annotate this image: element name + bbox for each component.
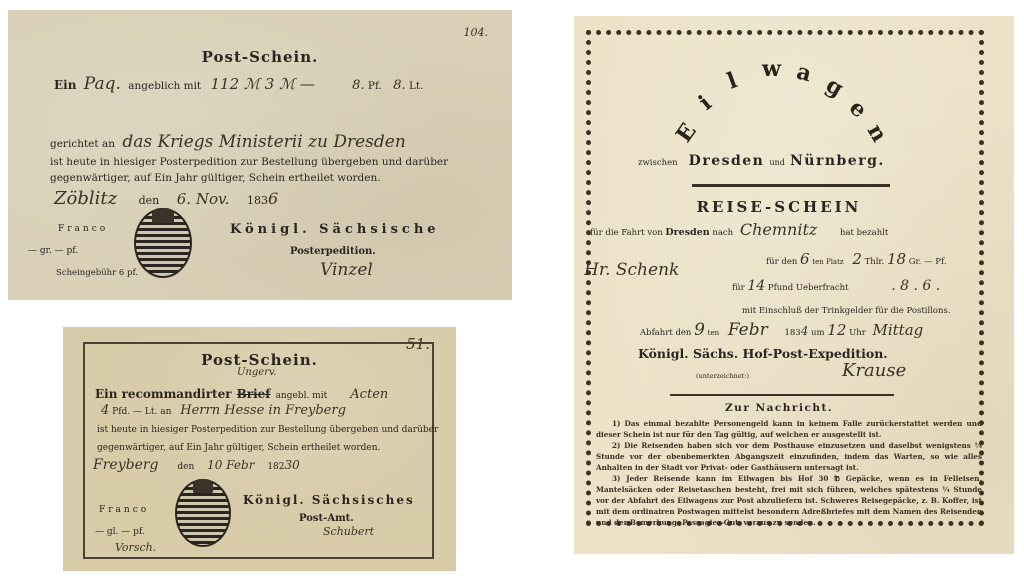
office-name: Königl. Sächsische	[230, 222, 440, 237]
recipient-line: gerichtet an das Kriegs Ministerii zu Dr…	[50, 132, 406, 152]
label-fahrt: für die Fahrt von	[590, 228, 663, 238]
trinkgeld-line: mit Einschluß der Trinkgelder für die Po…	[742, 306, 951, 316]
date-line: Freyberg den 10 Febr 18230	[93, 457, 300, 473]
reise-schein-heading: REISE-SCHEIN	[574, 198, 984, 216]
year-handwritten: 4	[801, 324, 809, 338]
body-line-1: ist heute in hiesiger Posterpedition zur…	[97, 425, 438, 435]
year-handwritten: 6	[268, 189, 278, 208]
body-line-1: ist heute in hiesiger Posterpedition zur…	[50, 156, 448, 168]
note-handwritten: Vorsch.	[115, 541, 156, 554]
label-den: den	[139, 194, 160, 207]
folio-number: 104.	[464, 26, 489, 39]
month-handwritten: Febr	[728, 320, 768, 340]
label-gerichtet: gerichtet an	[50, 138, 115, 150]
recipient-handwritten: das Kriegs Ministerii zu Dresden	[122, 132, 405, 152]
label-und: und	[769, 158, 784, 167]
fahrt-line: für die Fahrt von Dresden nach Chemnitz …	[590, 220, 888, 239]
coat-of-arms-seal	[134, 208, 192, 278]
document-title: Post-Schein.	[8, 48, 512, 66]
date-handwritten: 10 Febr	[207, 458, 254, 472]
recipient-handwritten: Herrn Hesse in Freyberg	[180, 403, 346, 418]
label-pf: Pf.	[368, 80, 382, 92]
gl-pf-label: — gl. — pf.	[95, 527, 145, 537]
label-recommandirter: Ein recommandirter	[95, 387, 232, 401]
label-um: um	[811, 328, 825, 338]
date-line: Zöblitz den 6. Nov. 1836	[54, 188, 278, 209]
label-fuer-den: für den	[766, 257, 797, 267]
label-den: den	[177, 462, 194, 472]
note-1: 1) Das einmal bezahlte Personengeld kann…	[596, 418, 982, 440]
route-line: zwischen Dresden und Nürnberg.	[638, 150, 885, 169]
seat-handwritten: 6	[800, 250, 810, 268]
label-uhr: Uhr	[849, 328, 866, 338]
thaler-handwritten: 2	[852, 250, 862, 268]
fee-label: Scheingebühr 6 pf.	[56, 268, 138, 278]
office-name: Königl. Sächsisches	[243, 493, 415, 507]
label-thlr: Thlr.	[865, 257, 885, 267]
item-line: Ein recommandirter Brief angebl. mit Act…	[95, 383, 388, 402]
year-printed: 183	[247, 194, 268, 207]
label-angebl: angebl. mit	[276, 391, 328, 401]
divider-rule	[670, 394, 894, 396]
office-subtitle: Post-Amt.	[299, 513, 354, 524]
signature: Krause	[842, 360, 906, 381]
abfahrt-line: Abfahrt den 9 ten Febr 1834 um 12 Uhr Mi…	[640, 320, 923, 340]
day-handwritten: 9	[694, 320, 705, 340]
label-lt: Lt.	[409, 80, 424, 92]
note-2: 2) Die Reisenden haben sich vor dem Post…	[596, 440, 982, 473]
franco-label: Franco	[58, 224, 108, 234]
gr-pf-label: — gr. — pf.	[28, 246, 78, 256]
label-ten: ten	[708, 329, 719, 337]
label-ein: Ein	[54, 78, 76, 92]
label-ueberfracht: Pfund Ueberfracht	[768, 283, 849, 293]
eilwagen-reise-schein: E i l w a g e n zwischen Dresden und Nür…	[574, 16, 1014, 554]
pfund-handwritten: 14	[747, 278, 765, 294]
office-name: Königl. Sächs. Hof-Post-Expedition.	[638, 346, 888, 361]
label-fuer: für	[732, 283, 745, 293]
pf-handwritten: 8.	[352, 78, 364, 93]
hour-handwritten: 12	[827, 321, 846, 339]
signature: Vinzel	[320, 260, 373, 280]
label-pfd: Pfd. —	[112, 407, 142, 417]
title-letter: w	[762, 56, 781, 82]
year-printed: 183	[784, 328, 800, 338]
value-handwritten: 112 ℳ 3 ℳ —	[211, 75, 315, 93]
note-3: 3) Jeder Reisende kann im Eilwagen bis H…	[596, 473, 982, 528]
post-schein-document-1: 104. Post-Schein. Ein Paq. angeblich mit…	[8, 10, 512, 300]
label-lt-an: Lt. an	[145, 407, 171, 417]
groschen-handwritten: 18	[887, 250, 906, 268]
route-to: Nürnberg.	[790, 153, 885, 169]
franco-label: Franco	[99, 505, 149, 515]
pfd-handwritten: 4	[101, 403, 109, 418]
unterzeichnet-label: (unterzeichnet:)	[696, 372, 749, 380]
year-printed: 182	[267, 462, 284, 472]
label-bezahlt: hat bezahlt	[840, 228, 888, 238]
post-schein-document-2: 51. Post-Schein. Ungerv. Ein recommandir…	[63, 327, 456, 571]
body-line-2: gegenwärtiger, auf Ein Jahr gültiger, Sc…	[50, 172, 381, 184]
place-handwritten: Freyberg	[93, 457, 159, 473]
label-angeblich: angeblich mit	[128, 80, 201, 92]
nachricht-notes: 1) Das einmal bezahlte Personengeld kann…	[596, 418, 982, 528]
label-nach: nach	[712, 228, 733, 238]
item-line: Ein Paq. angeblich mit 112 ℳ 3 ℳ — 8. Pf…	[54, 74, 423, 94]
label-abfahrt: Abfahrt den	[640, 328, 691, 338]
platz-line: für den 6 ten Platz 2 Thlr. 18 Gr. — Pf.	[766, 250, 947, 268]
divider-rule	[692, 184, 890, 187]
destination-handwritten: Chemnitz	[740, 220, 817, 239]
office-subtitle: Posterpedition.	[290, 246, 376, 257]
label-gr: Gr. —	[909, 257, 933, 267]
fracht-line: für 14 Pfund Ueberfracht . 8 . 6 .	[732, 278, 940, 294]
route-from: Dresden	[689, 153, 765, 169]
item-handwritten: Paq.	[84, 74, 121, 94]
place-handwritten: Zöblitz	[54, 188, 117, 209]
coat-of-arms-seal	[175, 479, 231, 547]
weight-line: 4 Pfd. — Lt. an Herrn Hesse in Freyberg	[101, 403, 346, 418]
label-platz: ten Platz	[812, 258, 843, 266]
value-handwritten: Acten	[350, 387, 388, 402]
signature: Schubert	[323, 525, 374, 538]
above-handwritten: Ungerv.	[237, 367, 277, 378]
label-pf: Pf.	[935, 257, 946, 267]
body-line-2: gegenwärtiger, auf Ein Jahr gültiger, Sc…	[97, 443, 380, 453]
time-handwritten: Mittag	[872, 321, 923, 339]
nachricht-title: Zur Nachricht.	[574, 402, 984, 414]
year-handwritten: 30	[285, 458, 300, 472]
lt-handwritten: 8.	[393, 78, 405, 93]
fahrt-from: Dresden	[665, 227, 709, 238]
passenger-handwritten: Hr. Schenk	[584, 260, 679, 280]
date-handwritten: 6. Nov.	[177, 190, 230, 208]
label-brief: Brief	[237, 387, 271, 401]
label-zwischen: zwischen	[638, 158, 678, 168]
fracht-amount-handwritten: . 8 . 6 .	[891, 278, 940, 294]
